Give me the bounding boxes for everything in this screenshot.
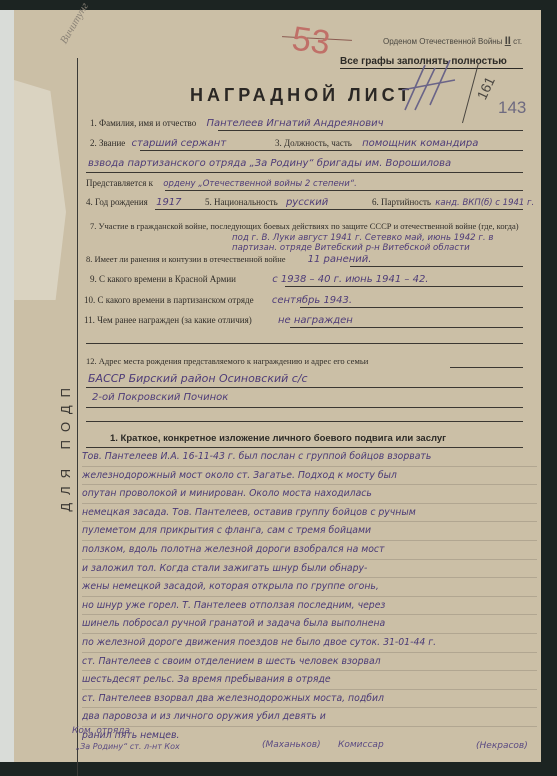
commissar-signature: Комиссар xyxy=(338,740,384,750)
field-name: 1. Фамилия, имя и отчество Пантелеев Игн… xyxy=(90,118,384,129)
underline xyxy=(86,407,523,408)
underline xyxy=(300,307,523,308)
field-address-value: БАССР Бирский район Осиновский с/с xyxy=(88,372,308,385)
underline xyxy=(86,421,523,422)
field-prior-awards: 11. Чем ранее награжден (за какие отличи… xyxy=(84,315,353,326)
scan-left-strip xyxy=(0,10,14,762)
archive-number: 143 xyxy=(498,98,526,118)
field-birth-year: 4. Год рождения 1917 xyxy=(86,197,182,208)
feat-line: ст. Пантелеев взорвал два железнодорожны… xyxy=(82,690,537,709)
feat-line: по железной дороге движения поездов не б… xyxy=(82,634,537,653)
underline xyxy=(350,266,523,267)
order-note: Орденом Отечественной Войны II ст. xyxy=(383,35,522,47)
feat-description: Тов. Пантелеев И.А. 16-11-43 г. был посл… xyxy=(82,448,537,745)
field-red-army: 9. С какого времени в Красной Армии с 19… xyxy=(90,274,429,285)
red-pencil-mark: 53 xyxy=(289,20,332,64)
feat-line: и заложил тол. Когда стали зажигать шнур… xyxy=(82,560,537,579)
feat-line: жены немецкой засадой, которая открыла п… xyxy=(82,578,537,597)
underline xyxy=(86,172,523,173)
feat-line: пулеметом для прикрытия с фланга, сам с … xyxy=(82,522,537,541)
section-title: 1. Краткое, конкретное изложение личного… xyxy=(110,433,446,444)
feat-line: шестьдесят рельс. За время пребывания в … xyxy=(82,671,537,690)
side-label: ДЛЯ ПОДП xyxy=(58,380,73,512)
field-wounds: 8. Имеет ли ранения и контузии в отечест… xyxy=(86,254,371,265)
feat-line: но шнур уже горел. Т. Пантелеев отползая… xyxy=(82,597,537,616)
order-degree: II xyxy=(505,35,511,47)
commander-signature-1: Ком. отряда xyxy=(72,726,130,736)
field-nationality: 5. Национальность русский xyxy=(205,197,328,208)
feat-line: немецкая засада. Тов. Пантелеев, оставив… xyxy=(82,504,537,523)
feat-line: шинель побросал ручной гранатой и задача… xyxy=(82,615,537,634)
field-party: 6. Партийность канд. ВКП(б) с 1941 г. xyxy=(372,197,534,208)
underline xyxy=(86,343,523,344)
underline xyxy=(140,150,523,151)
signature-name-2: (Некрасов) xyxy=(476,741,528,751)
commander-signature-2: „За Родину“ ст. л-нт Кох xyxy=(76,742,180,751)
field-award: Представляется к ордену „Отечественной в… xyxy=(86,178,357,189)
field-war-participation-value: под г. В. Луки август 1941 г. Сетевко ма… xyxy=(232,233,528,253)
feat-line: Тов. Пантелеев И.А. 16-11-43 г. был посл… xyxy=(82,448,537,467)
feat-line: ползком, вдоль полотна железной дороги в… xyxy=(82,541,537,560)
underline xyxy=(165,190,523,191)
underline xyxy=(290,327,523,328)
feat-line: ст. Пантелеев с своим отделением в шесть… xyxy=(82,653,537,672)
field-rank: 2. Звание старший сержант xyxy=(90,138,226,149)
signature-name-1: (Маханьков) xyxy=(262,740,321,750)
field-partisan: 10. С какого времени в партизанском отря… xyxy=(84,295,352,306)
margin-line xyxy=(77,58,78,776)
field-position-cont: взвода партизанского отряда „За Родину“ … xyxy=(88,158,451,169)
document-title: НАГРАДНОЙ ЛИСТ xyxy=(190,85,413,106)
feat-line: два паровоза и из личного оружия убил де… xyxy=(82,708,537,727)
archive-scribble-icon xyxy=(400,60,460,115)
field-address-value-2: 2-ой Покровский Починок xyxy=(92,392,228,403)
feat-line: опутан проволокой и минирован. Около мос… xyxy=(82,485,537,504)
field-address-label: 12. Адрес места рождения представляемого… xyxy=(86,356,368,366)
feat-line: железнодорожный мост около ст. Загатье. … xyxy=(82,467,537,486)
field-position: 3. Должность, часть помощник командира xyxy=(275,138,478,149)
underline xyxy=(450,367,523,368)
underline xyxy=(86,387,523,388)
underline xyxy=(285,286,523,287)
underline xyxy=(218,130,523,131)
underline xyxy=(155,209,523,210)
